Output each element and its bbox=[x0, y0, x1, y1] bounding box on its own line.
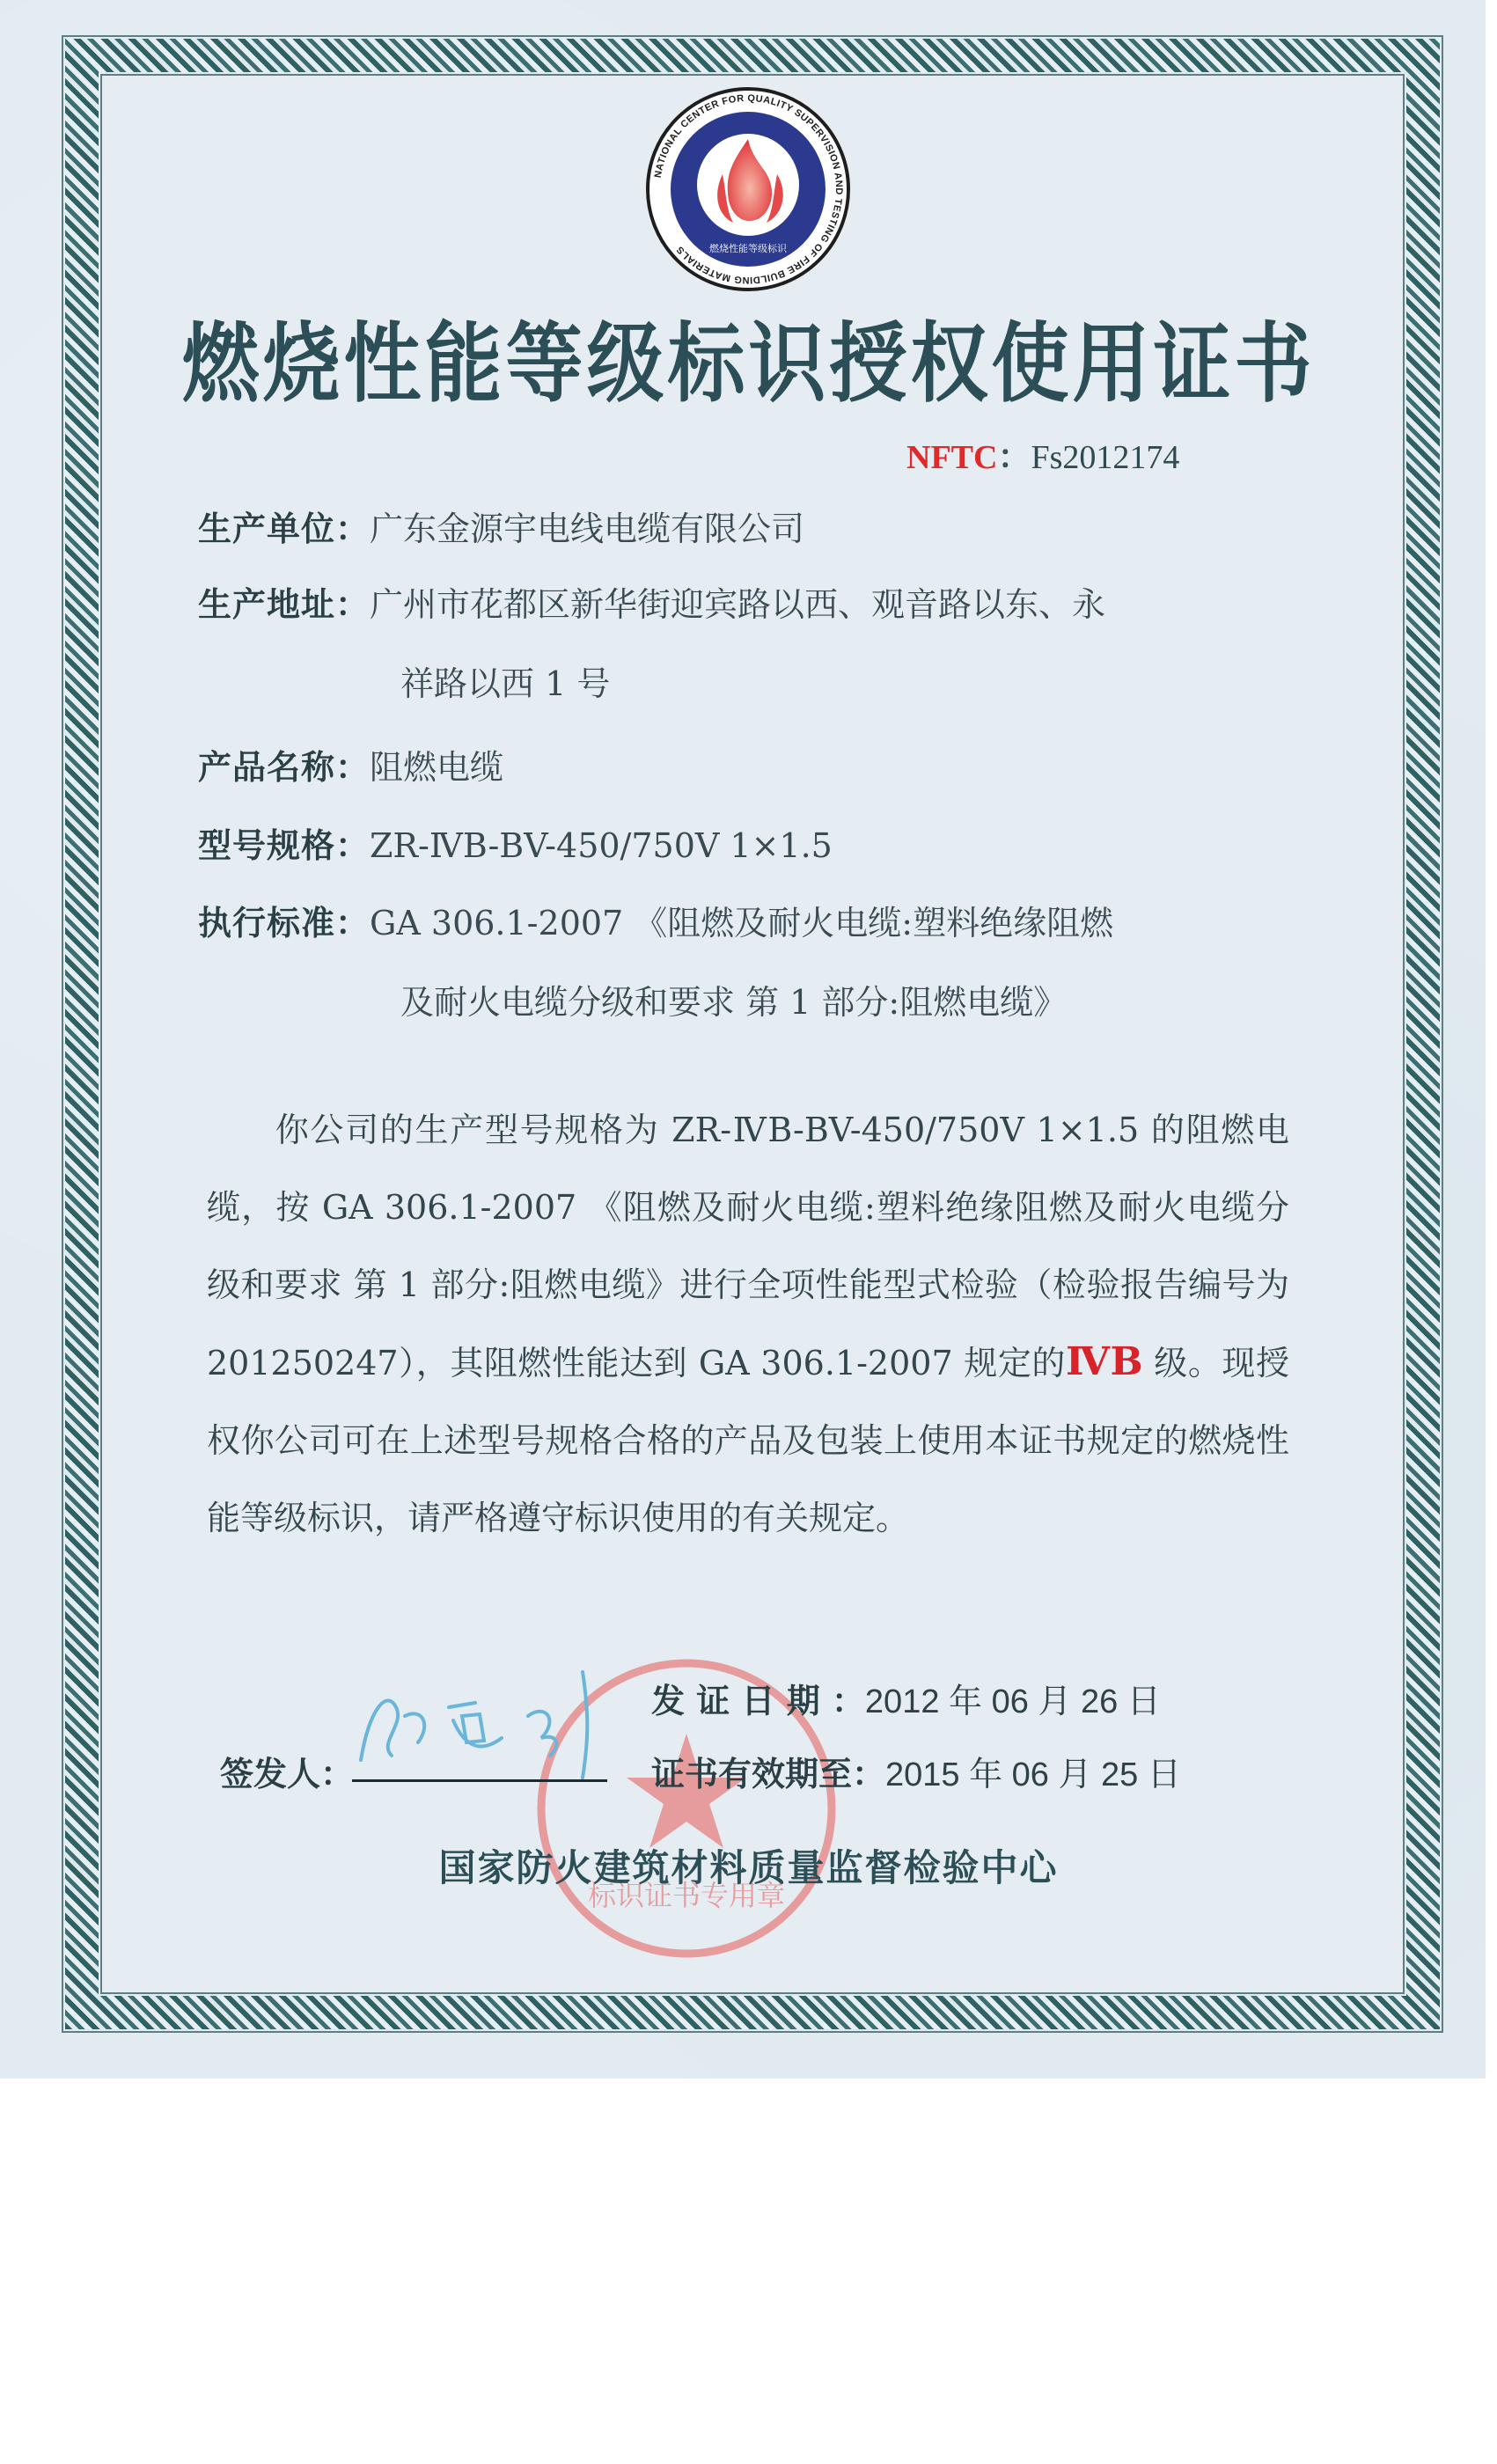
valid-until-label: 证书有效期至： bbox=[651, 1755, 885, 1793]
field-value: ZR-ⅣB-BV-450/750V 1×1.5 bbox=[370, 826, 833, 865]
certificate-number: NFTC：Fs2012174 bbox=[906, 429, 1179, 478]
field-label: 生产单位： bbox=[198, 510, 370, 548]
certificate-title: 燃烧性能等级标识授权使用证书 bbox=[0, 295, 1497, 419]
issue-date-label: 发 证 日 期 ： bbox=[651, 1682, 865, 1720]
issuing-organization: 国家防火建筑材料质量监督检验中心 bbox=[0, 1839, 1497, 1892]
field-label: 生产地址： bbox=[198, 585, 370, 624]
field-standard: 执行标准：GA 306.1-2007 《阻燃及耐火电缆:塑料绝缘阻燃 bbox=[198, 906, 1113, 940]
field-value: 阻燃电缆 bbox=[370, 748, 503, 787]
field-address: 生产地址：广州市花都区新华街迎宾路以西、观音路以东、永 bbox=[198, 588, 1105, 621]
field-standard-continued: 及耐火电缆分级和要求 第 1 部分:阻燃电缆》 bbox=[400, 986, 1067, 1019]
cert-number-separator: ： bbox=[997, 439, 1031, 476]
signature-line bbox=[352, 1779, 607, 1782]
issue-date: 发 证 日 期 ：2012 年 06 月 26 日 bbox=[651, 1674, 1161, 1722]
signer-label: 签发人： bbox=[220, 1747, 354, 1795]
field-value: 广州市花都区新华街迎宾路以西、观音路以东、永 bbox=[370, 585, 1105, 624]
field-producer: 生产单位：广东金源宇电线电缆有限公司 bbox=[198, 512, 804, 546]
field-model-spec: 型号规格：ZR-ⅣB-BV-450/750V 1×1.5 bbox=[198, 829, 833, 862]
issue-date-value: 2012 年 06 月 26 日 bbox=[865, 1683, 1161, 1720]
field-value: GA 306.1-2007 《阻燃及耐火电缆:塑料绝缘阻燃 bbox=[370, 904, 1113, 942]
svg-text:燃烧性能等级标识: 燃烧性能等级标识 bbox=[709, 242, 788, 254]
grade-highlight: ⅣB bbox=[1066, 1339, 1143, 1384]
valid-until-date: 证书有效期至：2015 年 06 月 25 日 bbox=[651, 1747, 1181, 1795]
field-label: 执行标准： bbox=[198, 904, 370, 942]
nftc-logo-emblem: NATIONAL CENTER FOR QUALITY SUPERVISION … bbox=[645, 86, 851, 292]
cert-number-prefix: NFTC bbox=[906, 439, 997, 476]
field-label: 产品名称： bbox=[198, 748, 370, 787]
field-value: 广东金源宇电线电缆有限公司 bbox=[370, 510, 804, 548]
cert-number-value: Fs2012174 bbox=[1031, 439, 1179, 476]
handwritten-signature bbox=[352, 1654, 616, 1786]
field-product-name: 产品名称：阻燃电缆 bbox=[198, 751, 503, 784]
field-address-continued: 祥路以西 1 号 bbox=[400, 667, 610, 700]
authorization-paragraph: 你公司的生产型号规格为 ZR-ⅣB-BV-450/750V 1×1.5 的阻燃电… bbox=[207, 1091, 1289, 1557]
field-label: 型号规格： bbox=[198, 826, 370, 865]
valid-until-value: 2015 年 06 月 25 日 bbox=[885, 1756, 1181, 1793]
